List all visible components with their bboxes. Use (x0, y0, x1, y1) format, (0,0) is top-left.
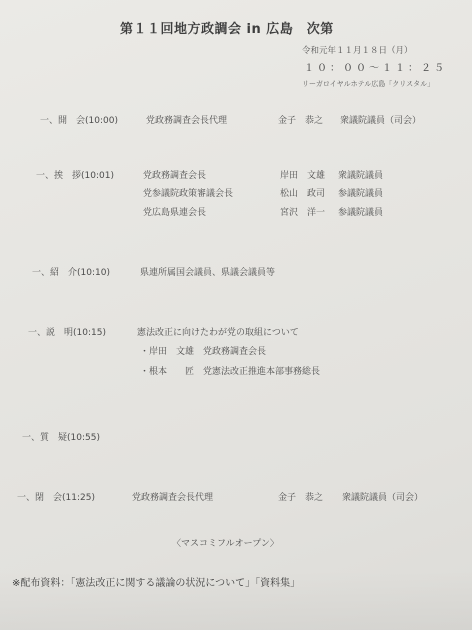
meeting-time: １０：００〜１１：２５ (304, 59, 447, 74)
agenda-name: 岸田 文雄 (280, 168, 325, 181)
agenda-item-greetings: 一、挨 拶(10:01) (36, 168, 114, 181)
agenda-role: 党参議院政策審議会長 (143, 186, 233, 199)
agenda-role: 党広島県連会長 (143, 205, 206, 218)
agenda-name: 宮沢 洋一 (280, 205, 325, 218)
meeting-date: 令和元年１１月１８日（月） (302, 44, 413, 56)
agenda-item-introduction: 一、紹 介(10:10) (32, 265, 110, 278)
agenda-position: 参議院議員 (338, 205, 383, 218)
agenda-description: 憲法改正に向けたわが党の取組について (137, 325, 299, 338)
speaker-line: ・根本 匠 党憲法改正推進本部事務総長 (140, 364, 320, 377)
document-page: 第１１回地方政調会 in 広島 次第 令和元年１１月１８日（月） １０：００〜１… (0, 0, 472, 630)
agenda-position: 衆議院議員 (338, 168, 383, 181)
press-open-note: 〈マスコミフルオープン〉 (172, 536, 279, 549)
agenda-position: 衆議院議員（司会） (342, 490, 423, 503)
speaker-line: ・岸田 文雄 党政務調査会長 (140, 344, 266, 357)
agenda-position: 参議院議員 (338, 186, 383, 199)
agenda-name: 松山 政司 (280, 186, 325, 199)
agenda-role: 党政務調査会長代理 (132, 490, 213, 503)
agenda-role: 党政務調査会長代理 (146, 113, 227, 126)
agenda-item-qa: 一、質 疑(10:55) (22, 430, 100, 443)
agenda-position: 衆議院議員（司会） (340, 113, 421, 126)
agenda-item-opening: 一、開 会(10:00) (40, 113, 118, 126)
agenda-role: 党政務調査会長 (143, 168, 206, 181)
agenda-name: 金子 恭之 (278, 490, 323, 503)
agenda-name: 金子 恭之 (278, 113, 323, 126)
agenda-item-closing: 一、閉 会(11:25) (17, 490, 95, 503)
agenda-item-explanation: 一、説 明(10:15) (28, 325, 106, 338)
document-title: 第１１回地方政調会 in 広島 次第 (120, 18, 334, 37)
agenda-description: 県連所属国会議員、県議会議員等 (140, 265, 275, 278)
photo-shadow (0, 570, 472, 630)
meeting-venue: リーガロイヤルホテル広島「クリスタル」 (302, 79, 434, 89)
